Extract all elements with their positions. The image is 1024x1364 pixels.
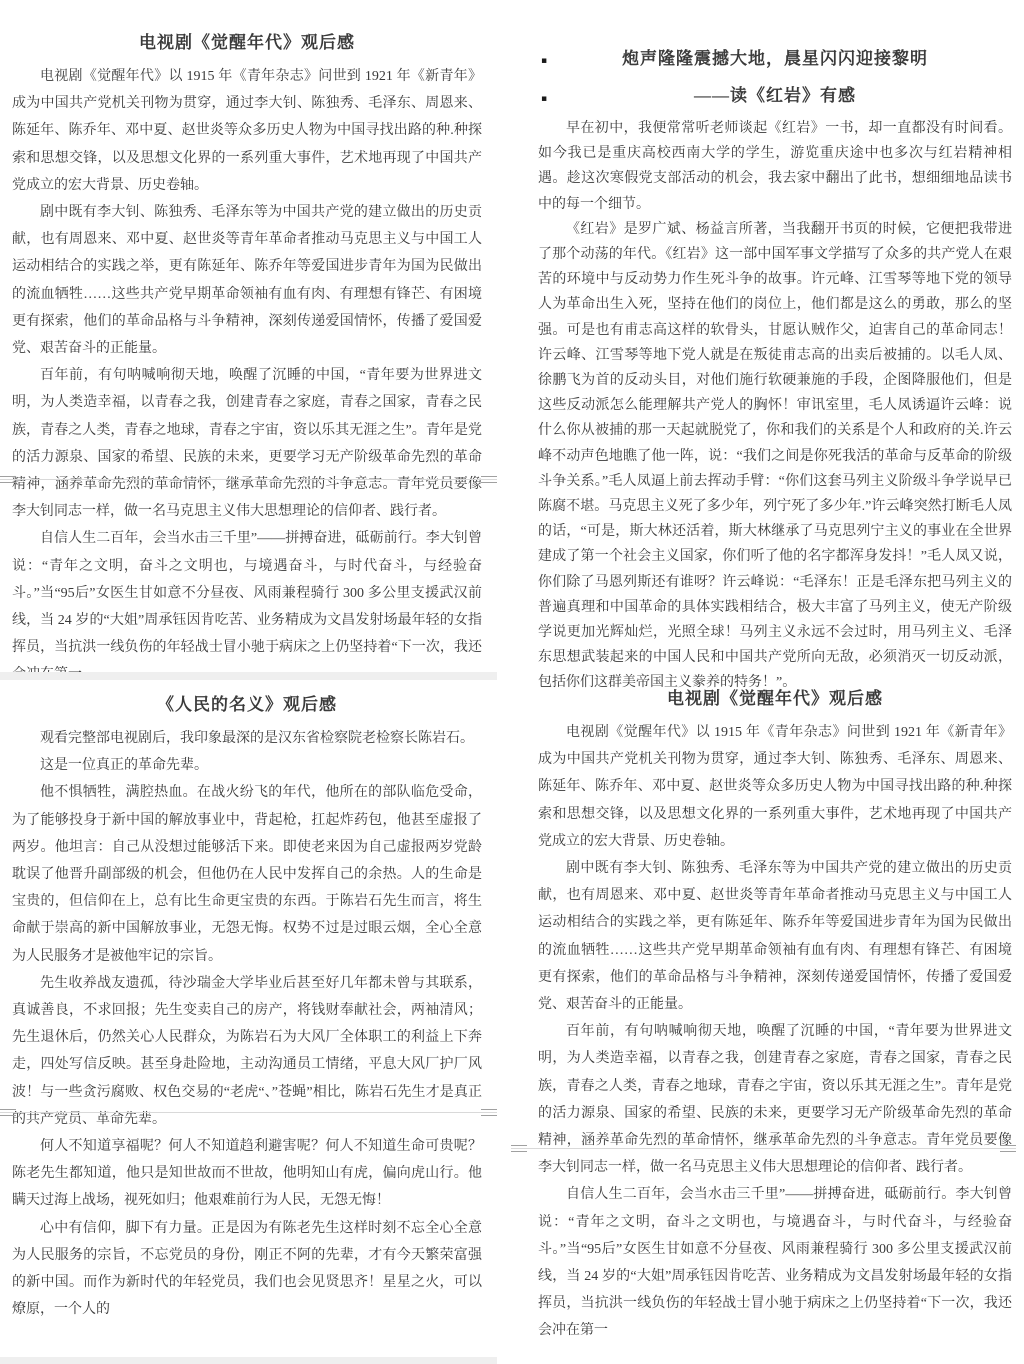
essay-body: 电视剧《觉醒年代》以 1915 年《青年杂志》问世到 1921 年《新青年》成为…: [538, 719, 1012, 1345]
page-break-endcap-icon: [481, 476, 497, 483]
essay-body: 早在初中，我便常常听老师谈起《红岩》一书，却一直都没有时间看。如今我已是重庆高校…: [538, 116, 1012, 696]
paragraph: 剧中既有李大钊、陈独秀、毛泽东等为中国共产党的建立做出的历史贡献，也有周恩来、邓…: [12, 199, 482, 362]
essay-title: 电视剧《觉醒年代》观后感: [538, 684, 1012, 709]
essay-in-the-name-of-people: 《人民的名义》观后感 观看完整部电视剧后，我印象最深的是汉东省检察院老检察长陈岩…: [12, 690, 482, 1323]
essay-title: 电视剧《觉醒年代》观后感: [12, 28, 482, 53]
essay-body: 观看完整部电视剧后，我印象最深的是汉东省检察院老检察长陈岩石。这是一位真正的革命…: [12, 725, 482, 1323]
paragraph: 剧中既有李大钊、陈独秀、毛泽东等为中国共产党的建立做出的历史贡献，也有周恩来、邓…: [538, 855, 1012, 1018]
paragraph: 心中有信仰，脚下有力量。正是因为有陈老先生这样时刻不忘全心全意为人民服务的宗旨，…: [12, 1215, 482, 1324]
page-break-endcap-icon: [0, 1109, 16, 1116]
paragraph: 《红岩》是罗广斌、杨益言所著，当我翻开书页的时候，它便把我带进了那个动荡的年代。…: [538, 217, 1012, 696]
essay-title: 《人民的名义》观后感: [12, 690, 482, 715]
paragraph: 这是一位真正的革命先辈。: [12, 752, 482, 779]
paragraph: 早在初中，我便常常听老师谈起《红岩》一书，却一直都没有时间看。如今我已是重庆高校…: [538, 116, 1012, 217]
essay-title-line2: ——读《红岩》有感: [538, 81, 1012, 106]
paragraph: 观看完整部电视剧后，我印象最深的是汉东省检察院老检察长陈岩石。: [12, 725, 482, 752]
left-document-column[interactable]: 电视剧《觉醒年代》观后感 电视剧《觉醒年代》以 1915 年《青年杂志》问世到 …: [0, 0, 497, 1364]
paragraph: 他不惧牺牲，满腔热血。在战火纷飞的年代，他所在的部队临危受命，为了能够投身于新中…: [12, 779, 482, 969]
paragraph: 百年前，有句呐喊响彻天地，唤醒了沉睡的中国，“青年要为世界进文明，为人类造幸福，…: [538, 1018, 1012, 1181]
essay-red-crag-review: 炮声隆隆震撼大地，晨星闪闪迎接黎明 ——读《红岩》有感 早在初中，我便常常听老师…: [538, 44, 1012, 696]
paragraph: 何人不知道享福呢？何人不知道趋利避害呢？何人不知道生命可贵呢？陈老先生都知道，他…: [12, 1133, 482, 1215]
right-document-column[interactable]: ▪ ▪ 炮声隆隆震撼大地，晨星闪闪迎接黎明 ——读《红岩》有感 早在初中，我便常…: [497, 0, 1024, 1364]
essay-body: 电视剧《觉醒年代》以 1915 年《青年杂志》问世到 1921 年《新青年》成为…: [12, 63, 482, 689]
page-break-endcap-icon: [0, 476, 16, 483]
page-break-line: [511, 1148, 1016, 1149]
documents-canvas: { "colors": { "text": "#3a3a3a", "page_g…: [0, 0, 1024, 1364]
essay-title-line1: 炮声隆隆震撼大地，晨星闪闪迎接黎明: [538, 44, 1012, 69]
paragraph: 百年前，有句呐喊响彻天地，唤醒了沉睡的中国，“青年要为世界进文明，为人类造幸福，…: [12, 362, 482, 525]
page-break-endcap-icon: [511, 1145, 527, 1152]
page-break-line: [0, 479, 497, 480]
page-break-marker: [0, 476, 497, 483]
paragraph: 电视剧《觉醒年代》以 1915 年《青年杂志》问世到 1921 年《新青年》成为…: [12, 63, 482, 199]
page-gap-band: [0, 672, 497, 680]
paragraph: 自信人生二百年，会当水击三千里”——拼搏奋进，砥砺前行。李大钊曾说：“青年之文明…: [12, 525, 482, 688]
essay-awakening-age-bottom-right: 电视剧《觉醒年代》观后感 电视剧《觉醒年代》以 1915 年《青年杂志》问世到 …: [538, 684, 1012, 1345]
page-break-line: [0, 1112, 497, 1113]
page-break-marker: [0, 1109, 497, 1116]
paragraph: 自信人生二百年，会当水击三千里”——拼搏奋进，砥砺前行。李大钊曾说：“青年之文明…: [538, 1181, 1012, 1344]
page-break-marker: [511, 1145, 1016, 1152]
paragraph: 电视剧《觉醒年代》以 1915 年《青年杂志》问世到 1921 年《新青年》成为…: [538, 719, 1012, 855]
page-break-endcap-icon: [1000, 1145, 1016, 1152]
page-gap-band: [0, 1357, 497, 1364]
page-break-endcap-icon: [481, 1109, 497, 1116]
essay-awakening-age-top-left: 电视剧《觉醒年代》观后感 电视剧《觉醒年代》以 1915 年《青年杂志》问世到 …: [12, 28, 482, 689]
